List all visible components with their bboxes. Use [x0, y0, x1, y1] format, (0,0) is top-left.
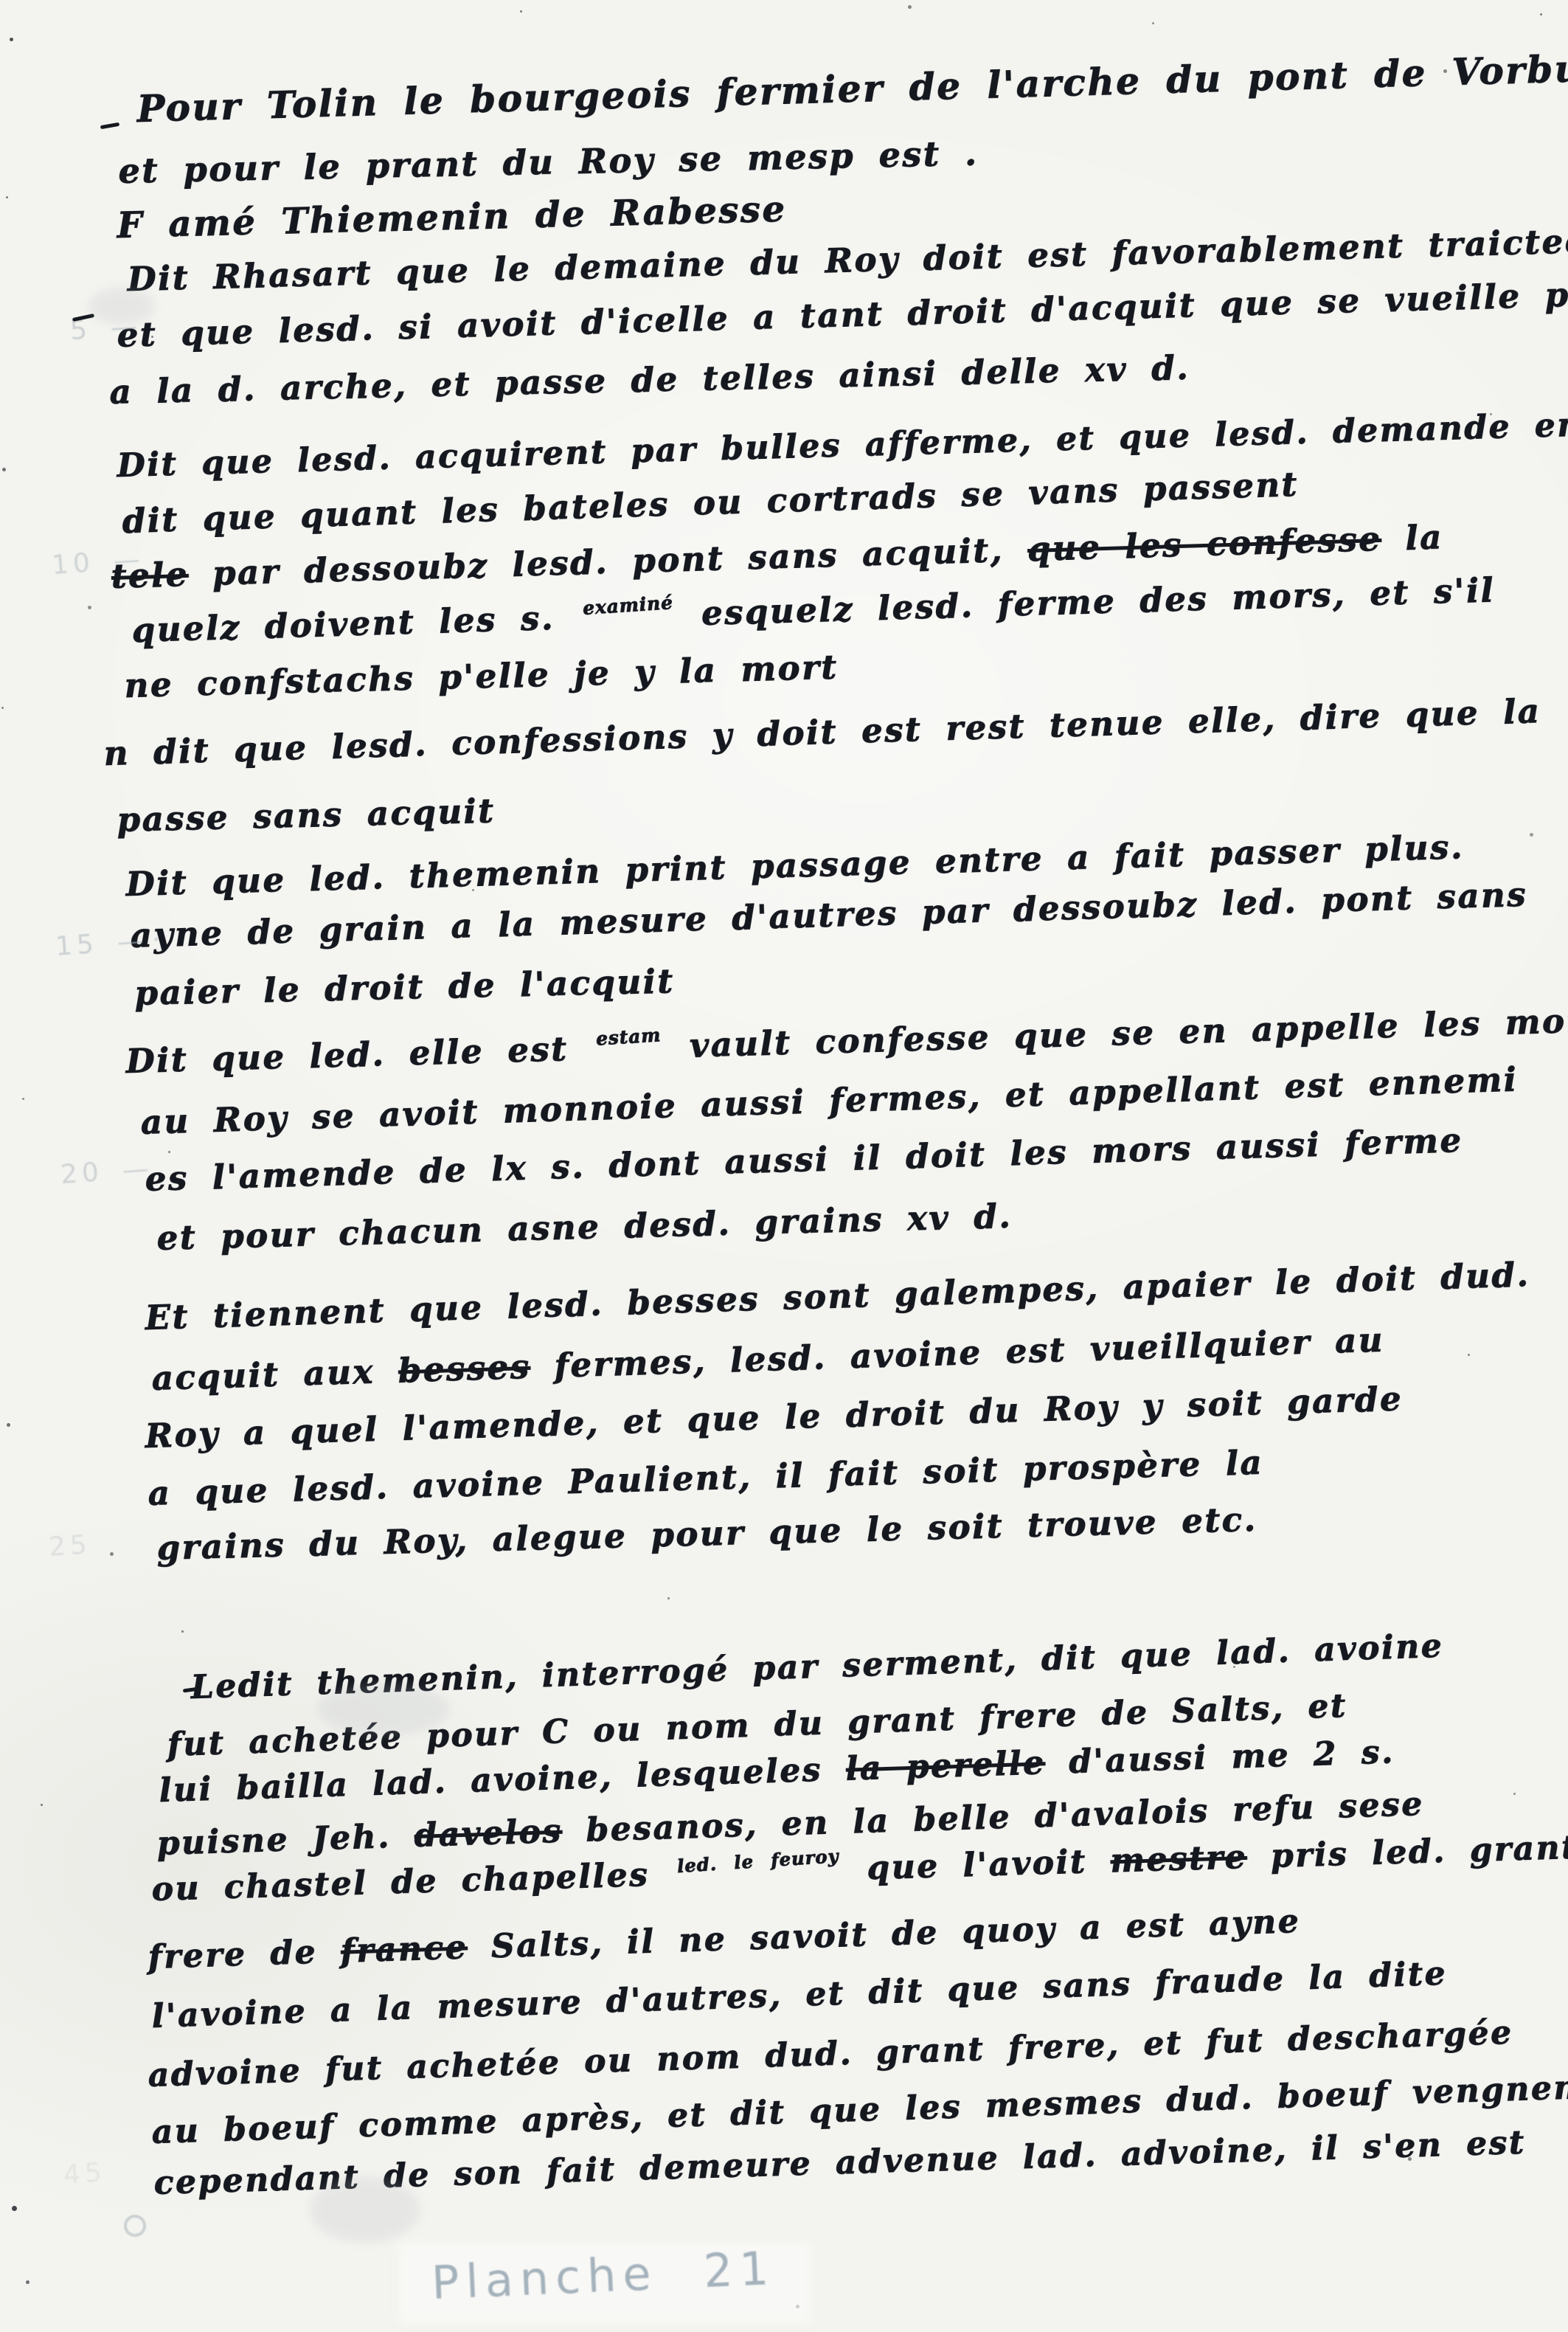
- handwritten-text: Pour Tolin le bourgeois fermier de l'arc…: [136, 45, 1568, 131]
- handwritten-text: et pour le prant du Roy se mesp est .: [118, 134, 979, 191]
- handwritten-text: ne confstachs p'elle je y la mort: [124, 648, 839, 705]
- handwritten-text: Dit que led. elle est: [125, 1028, 592, 1081]
- handwritten-text: pris led. grant: [1246, 1829, 1568, 1876]
- handwritten-text: que l'avoit: [843, 1842, 1111, 1888]
- handwritten-text: Salts, il ne savoit de quoy a est ayne: [467, 1903, 1301, 1966]
- handwritten-text: vault confesse que se en appelle les mor…: [665, 1000, 1568, 1066]
- handwritten-text: grains du Roy, alegue pour que le soit t…: [156, 1500, 1257, 1568]
- manuscript-line: grains du Roy, alegue pour que le soit t…: [156, 1500, 1257, 1568]
- pencil-smudge: [89, 288, 155, 325]
- interlinear-insertion: examiné: [582, 592, 673, 619]
- handwritten-text: F amé Thiemenin de Rabesse: [117, 189, 787, 246]
- margin-line-number-label: 10: [51, 547, 96, 581]
- manuscript-line: a que lesd. avoine Paulient, il fait soi…: [148, 1443, 1264, 1513]
- margin-line-number: 15— ·: [55, 924, 162, 962]
- margin-line-number-label: 45: [63, 2157, 108, 2190]
- margin-pencil-dash: — ·: [116, 924, 162, 958]
- manuscript-line: a la d. arche, et passe de telles ainsi …: [109, 348, 1190, 412]
- pencil-smudge: [317, 1684, 450, 1735]
- pencil-smudge: [310, 2176, 420, 2243]
- manuscript-line: Pour Tolin le bourgeois fermier de l'arc…: [136, 45, 1568, 131]
- margin-line-number-label: 15: [55, 929, 100, 962]
- interlinear-insertion: estam: [595, 1024, 662, 1049]
- interlinear-insertion: led. le feuroy: [676, 1845, 839, 1877]
- handwritten-text: passe sans acquit: [117, 791, 496, 840]
- handwritten-text: a que lesd. avoine Paulient, il fait soi…: [148, 1443, 1264, 1513]
- handwritten-text: la: [1381, 517, 1444, 558]
- struck-word: davelos: [414, 1813, 563, 1855]
- margin-line-number: 25: [48, 1529, 93, 1563]
- handwritten-text: quelz doivent les s.: [131, 598, 579, 650]
- struck-word: mestre: [1110, 1838, 1248, 1880]
- struck-word: la perelle: [845, 1744, 1046, 1788]
- manuscript-line: paier le droit de l'acquit: [134, 961, 675, 1013]
- manuscript-line: et pour le prant du Roy se mesp est .: [118, 134, 979, 191]
- handwritten-text: frere de: [148, 1933, 341, 1976]
- manuscript-line: passe sans acquit: [117, 791, 496, 840]
- handwritten-text: acquit aux: [151, 1352, 399, 1398]
- manuscript-line: ne confstachs p'elle je y la mort: [124, 648, 839, 705]
- margin-line-number-label: 25: [48, 1529, 93, 1563]
- struck-word: que les confesse: [1027, 519, 1382, 569]
- manuscript-page: Pour Tolin le bourgeois fermier de l'arc…: [0, 0, 1568, 2332]
- margin-line-number: 10—: [51, 544, 141, 581]
- struck-word: besses: [398, 1347, 531, 1391]
- margin-line-number-label: 20: [60, 1157, 105, 1190]
- margin-pencil-dash: —: [121, 1154, 150, 1186]
- handwritten-text: a la d. arche, et passe de telles ainsi …: [109, 348, 1190, 412]
- handwritten-text: fermes, lesd. avoine est vueillquier au: [530, 1320, 1385, 1385]
- manuscript-line: F amé Thiemenin de Rabesse: [117, 189, 787, 246]
- paragraph-tick-mark: [100, 122, 119, 129]
- margin-line-number: 45: [63, 2157, 108, 2190]
- handwritten-text: Dit que lesd. acquirent par bulles affer…: [117, 400, 1568, 485]
- pencil-circle-mark: [124, 2215, 146, 2237]
- handwritten-text: puisne Jeh.: [156, 1817, 414, 1863]
- margin-line-number: 20—: [60, 1154, 150, 1190]
- handwritten-text: par dessoubz lesd. pont sans acquit,: [188, 530, 1028, 594]
- manuscript-line: Dit que lesd. acquirent par bulles affer…: [117, 400, 1568, 485]
- margin-pencil-dash: —: [112, 544, 141, 576]
- handwritten-text: et pour chacun asne desd. grains xv d.: [156, 1197, 1013, 1258]
- handwritten-text: n dit que lesd. confessions y doit est r…: [103, 691, 1541, 773]
- handwritten-text: ou chastel de chapelles: [151, 1855, 673, 1909]
- manuscript-line: et pour chacun asne desd. grains xv d.: [156, 1197, 1013, 1258]
- handwritten-text: esquelz lesd. ferme des mors, et s'il: [677, 570, 1496, 634]
- manuscript-line: n dit que lesd. confessions y doit est r…: [103, 691, 1541, 773]
- struck-word: france: [340, 1928, 468, 1970]
- handwritten-text: paier le droit de l'acquit: [134, 961, 675, 1013]
- scan-noise-specks: [0, 0, 2, 2]
- handwritten-text: d'aussi me 2 s.: [1045, 1733, 1395, 1782]
